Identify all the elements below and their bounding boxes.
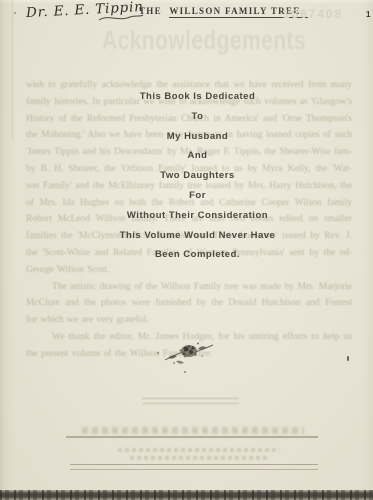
ghost-box-rule	[142, 398, 239, 404]
ghost-text-line: McClure and the photos were furnished by…	[26, 295, 352, 312]
ink-speck	[14, 12, 16, 14]
ghost-text-line: for which we are very grateful.	[26, 312, 352, 329]
dedication-line: For	[40, 186, 355, 206]
dedication-block: This Book Is DedicatedToMy HusbandAndTwo…	[40, 87, 355, 265]
ghost-footer-title	[82, 427, 304, 434]
dedication-line: This Volume Would Never Have	[40, 226, 355, 246]
dedication-line: Been Completed.	[40, 245, 355, 265]
ghost-text-line: The artistic drawing of the Willson Fami…	[26, 279, 352, 296]
signature-flourish	[98, 13, 144, 23]
running-header-prefix: THE	[139, 6, 162, 16]
ghost-footer-double-rule	[70, 464, 318, 470]
ghost-footer-rule	[66, 436, 318, 438]
ghost-footer-imprint-line	[130, 456, 270, 460]
scanned-page: { "document": { "handwriting": "Dr. E. E…	[0, 0, 373, 500]
dedication-line: Two Daughters	[40, 166, 355, 186]
ghost-footer-imprint-line	[118, 448, 280, 452]
dedication-line: To	[40, 107, 355, 127]
dedication-line: This Book Is Dedicated	[40, 87, 355, 107]
dedication-line: My Husband	[40, 127, 355, 147]
ink-speck	[157, 352, 159, 354]
scan-edge-strip	[0, 490, 373, 500]
ink-speck	[184, 371, 186, 373]
dedication-line: And	[40, 146, 355, 166]
dedication-line: Without Their Consideration	[40, 206, 355, 226]
paper-crease	[12, 0, 13, 140]
ghost-heading: Acknowledgements	[102, 25, 306, 56]
ink-speck	[347, 356, 349, 361]
floral-ornament-icon	[162, 336, 216, 370]
accession-stamp: 1867408	[283, 9, 343, 21]
edge-page-mark: 1	[366, 10, 370, 19]
